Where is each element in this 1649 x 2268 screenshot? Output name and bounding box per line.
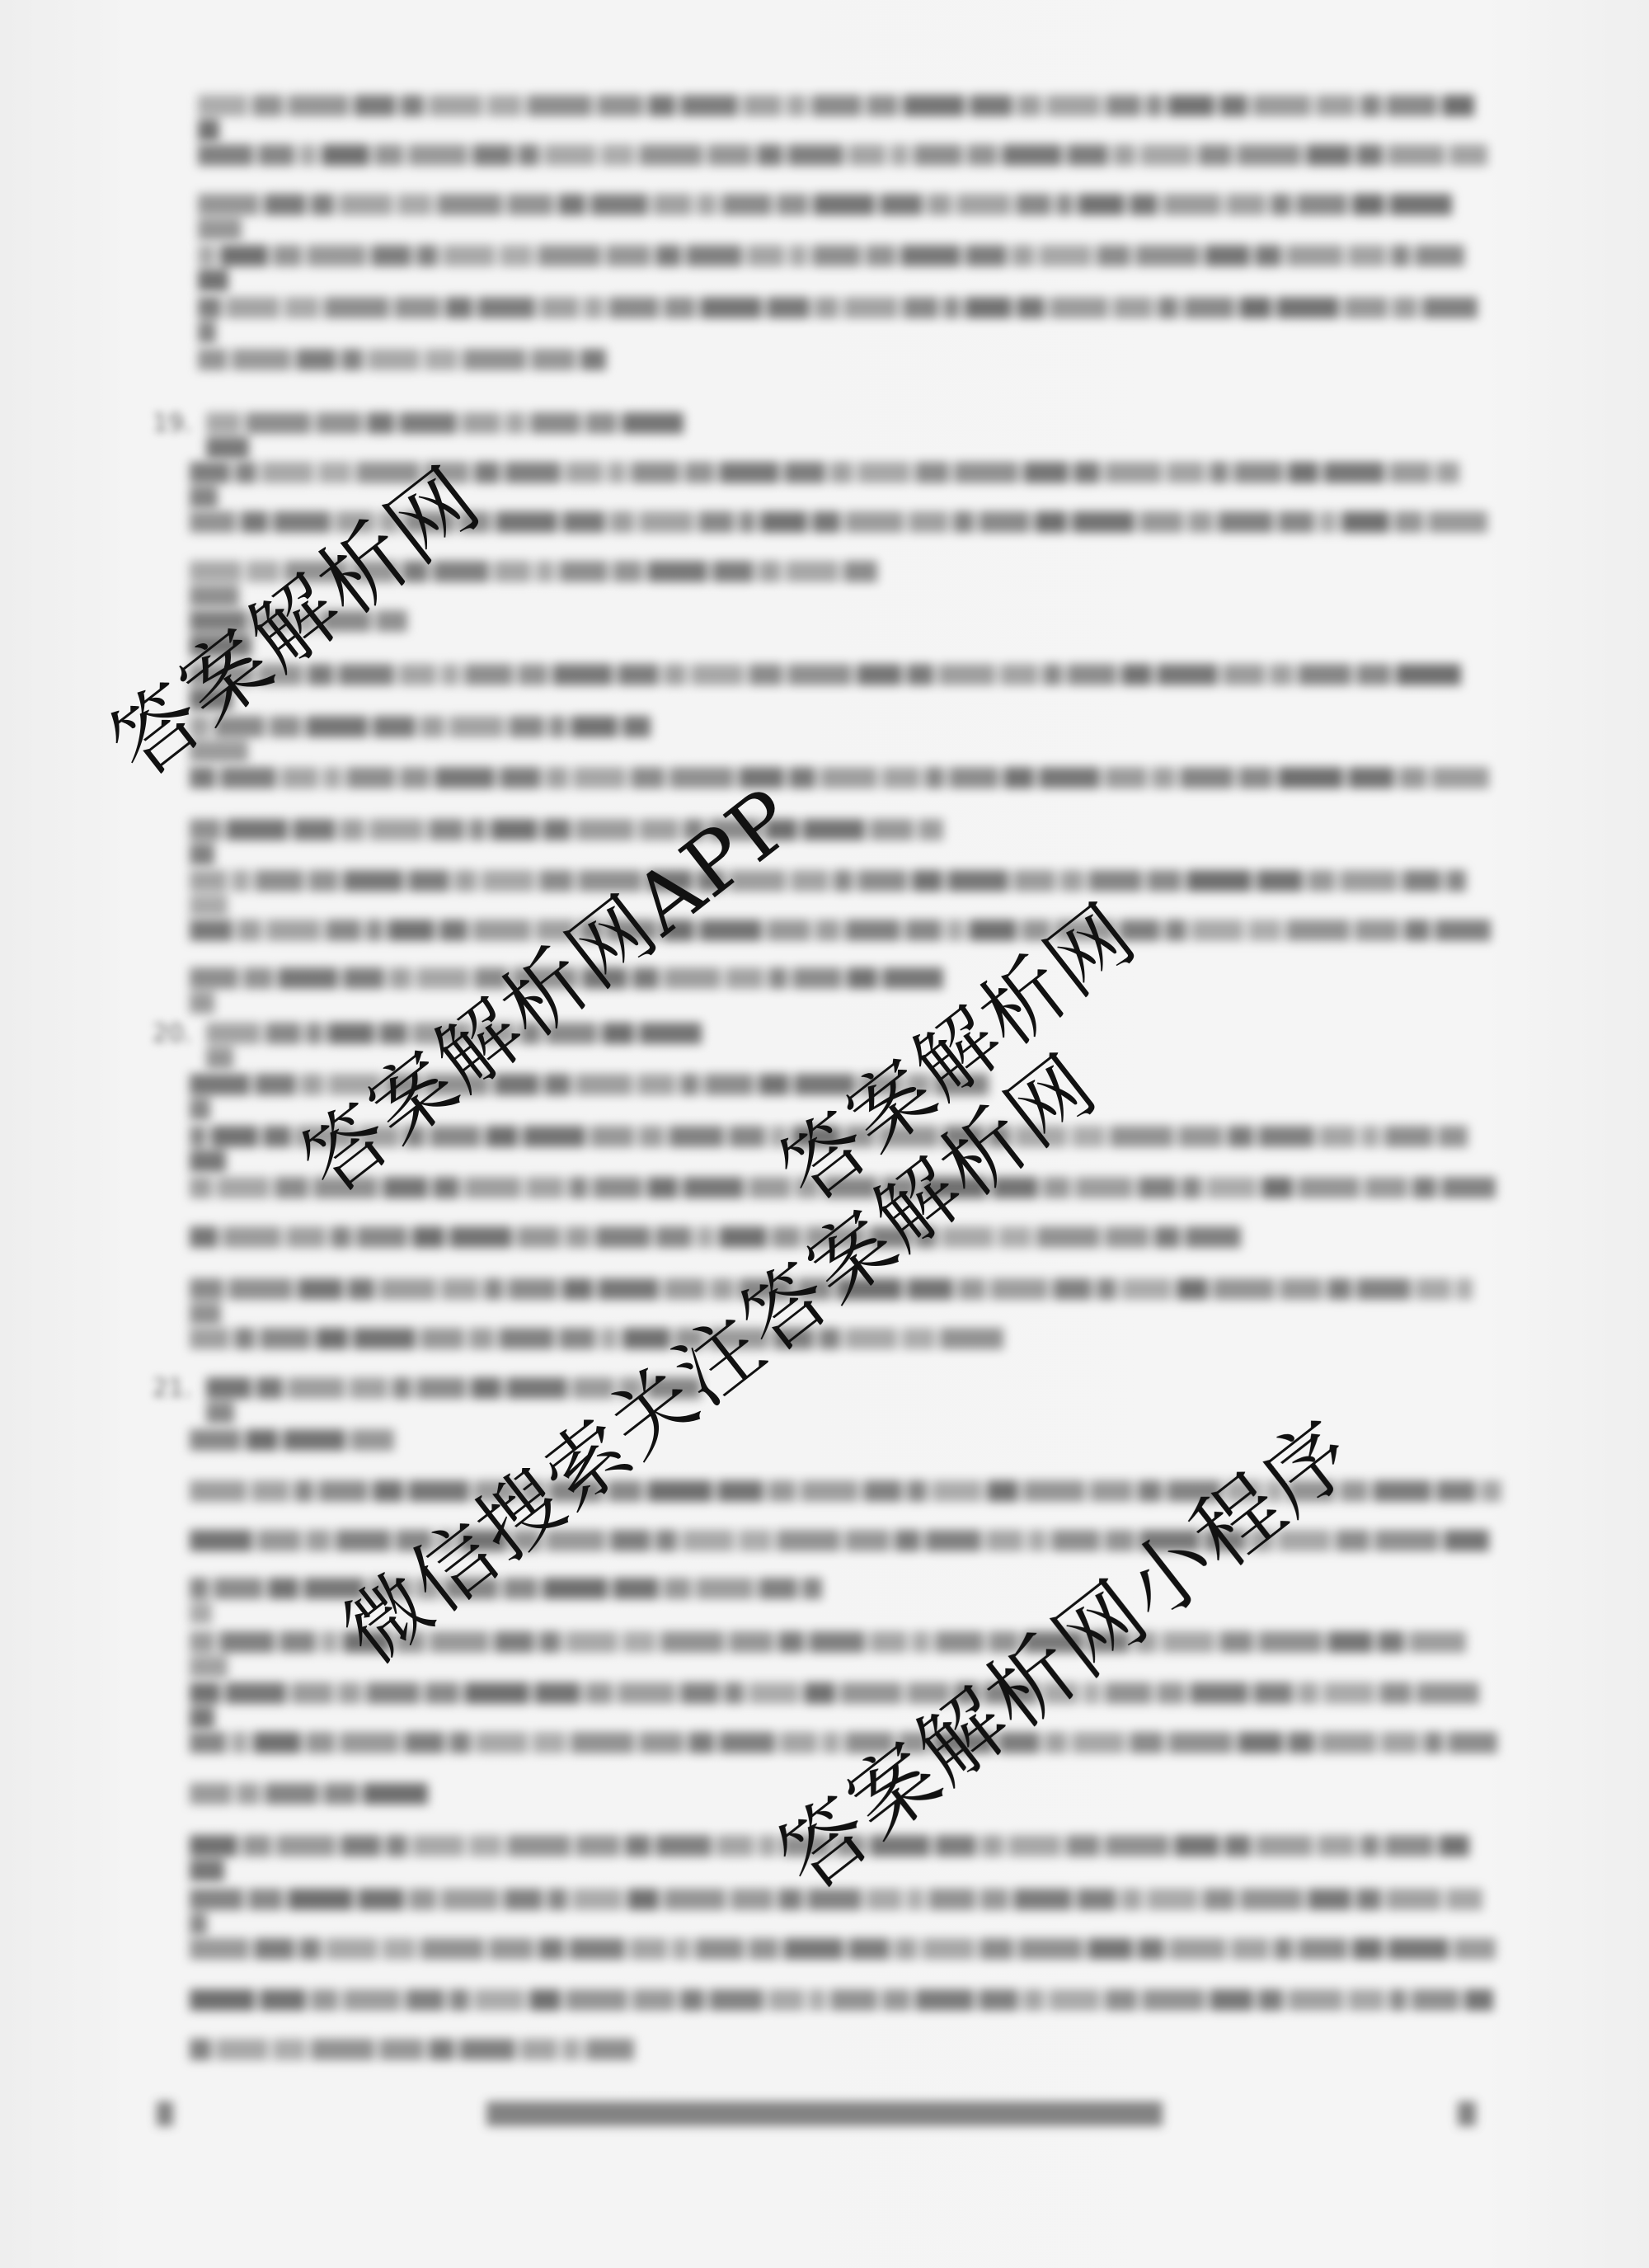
blurred-text-line (190, 1783, 437, 1805)
blurred-text-line (198, 245, 1501, 266)
blurred-text-line (190, 767, 1509, 788)
blurred-text-line (190, 1226, 1261, 1248)
blurred-text-line (190, 870, 1509, 892)
blurred-text-line (190, 2039, 651, 2060)
document-page: 19.20.21.答案解析网答案解析网APP答案解析网微信搜索关注答案解析网答案… (0, 0, 1649, 2268)
blurred-text-line (190, 1328, 1014, 1349)
blurred-text-line (198, 297, 1501, 318)
footer-text (486, 2101, 1163, 2126)
blurred-text-line (190, 716, 717, 737)
page-footer (0, 2101, 1649, 2134)
question-number: 19. (153, 409, 192, 438)
footer-text (157, 2101, 173, 2126)
blurred-text-line (198, 95, 1501, 116)
question-number: 20. (153, 1019, 192, 1048)
blurred-text-line (190, 1429, 404, 1451)
blurred-text-line (190, 819, 973, 840)
blurred-text-line (190, 1989, 1509, 2011)
blurred-text-line (190, 920, 1509, 941)
blurred-text-line (198, 349, 627, 370)
blurred-text-line (206, 412, 734, 434)
question-number: 21. (153, 1374, 192, 1403)
blurred-text-line (190, 664, 1509, 685)
blurred-text-line (198, 194, 1501, 215)
blurred-text-line (198, 144, 1501, 166)
footer-text (1458, 2101, 1476, 2126)
blurred-text-line (190, 1938, 1509, 1960)
